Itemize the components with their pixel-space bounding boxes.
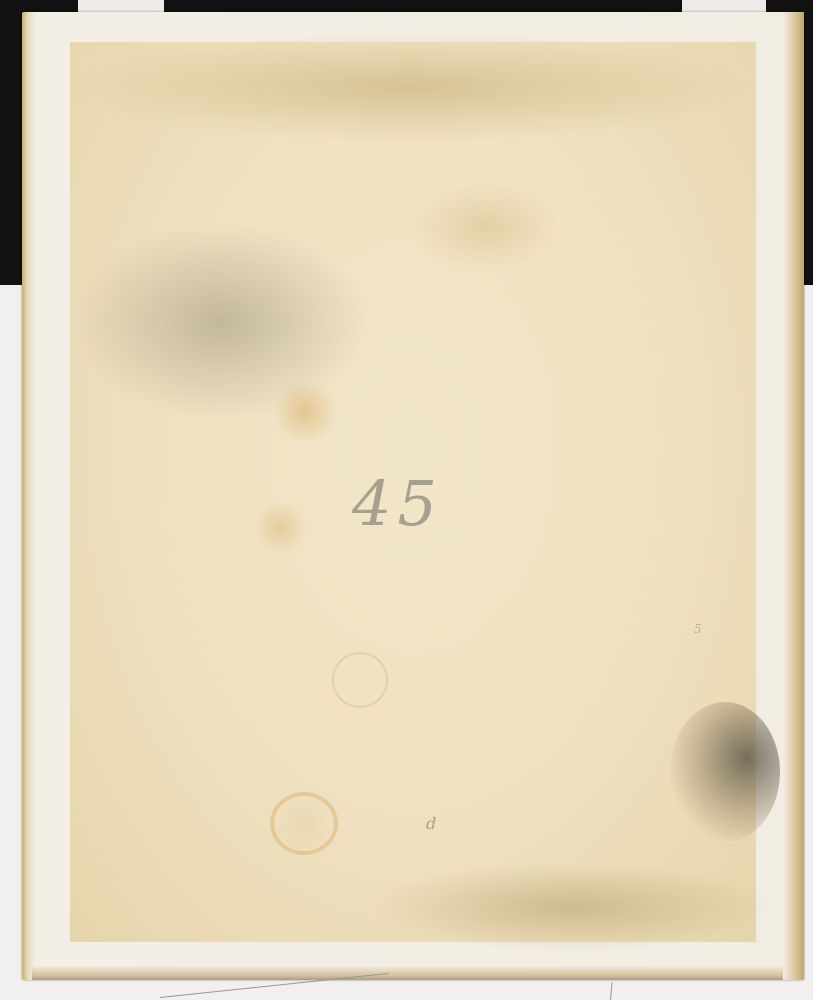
- foxing-spot: [250, 502, 310, 552]
- foxing-spot: [270, 382, 340, 442]
- grey-stain-upper-left: [70, 222, 370, 422]
- bottom-foxing-band: [370, 862, 770, 952]
- top-foxing-band: [60, 32, 760, 142]
- right-edge-discoloration: [782, 12, 804, 980]
- pencil-mark-bottom: d: [426, 814, 436, 833]
- foxing-ring: [332, 652, 388, 708]
- foxing-spot: [410, 182, 560, 272]
- pencil-mark-right: 5: [694, 622, 702, 636]
- mold-stain-lower-right: [670, 702, 780, 842]
- paper-surface: 45 d 5: [70, 42, 756, 942]
- pencil-number: 45: [352, 467, 443, 540]
- paper-sheet: 45 d 5: [22, 12, 804, 980]
- bottom-edge-discoloration: [32, 966, 783, 980]
- foxing-ring: [270, 792, 338, 855]
